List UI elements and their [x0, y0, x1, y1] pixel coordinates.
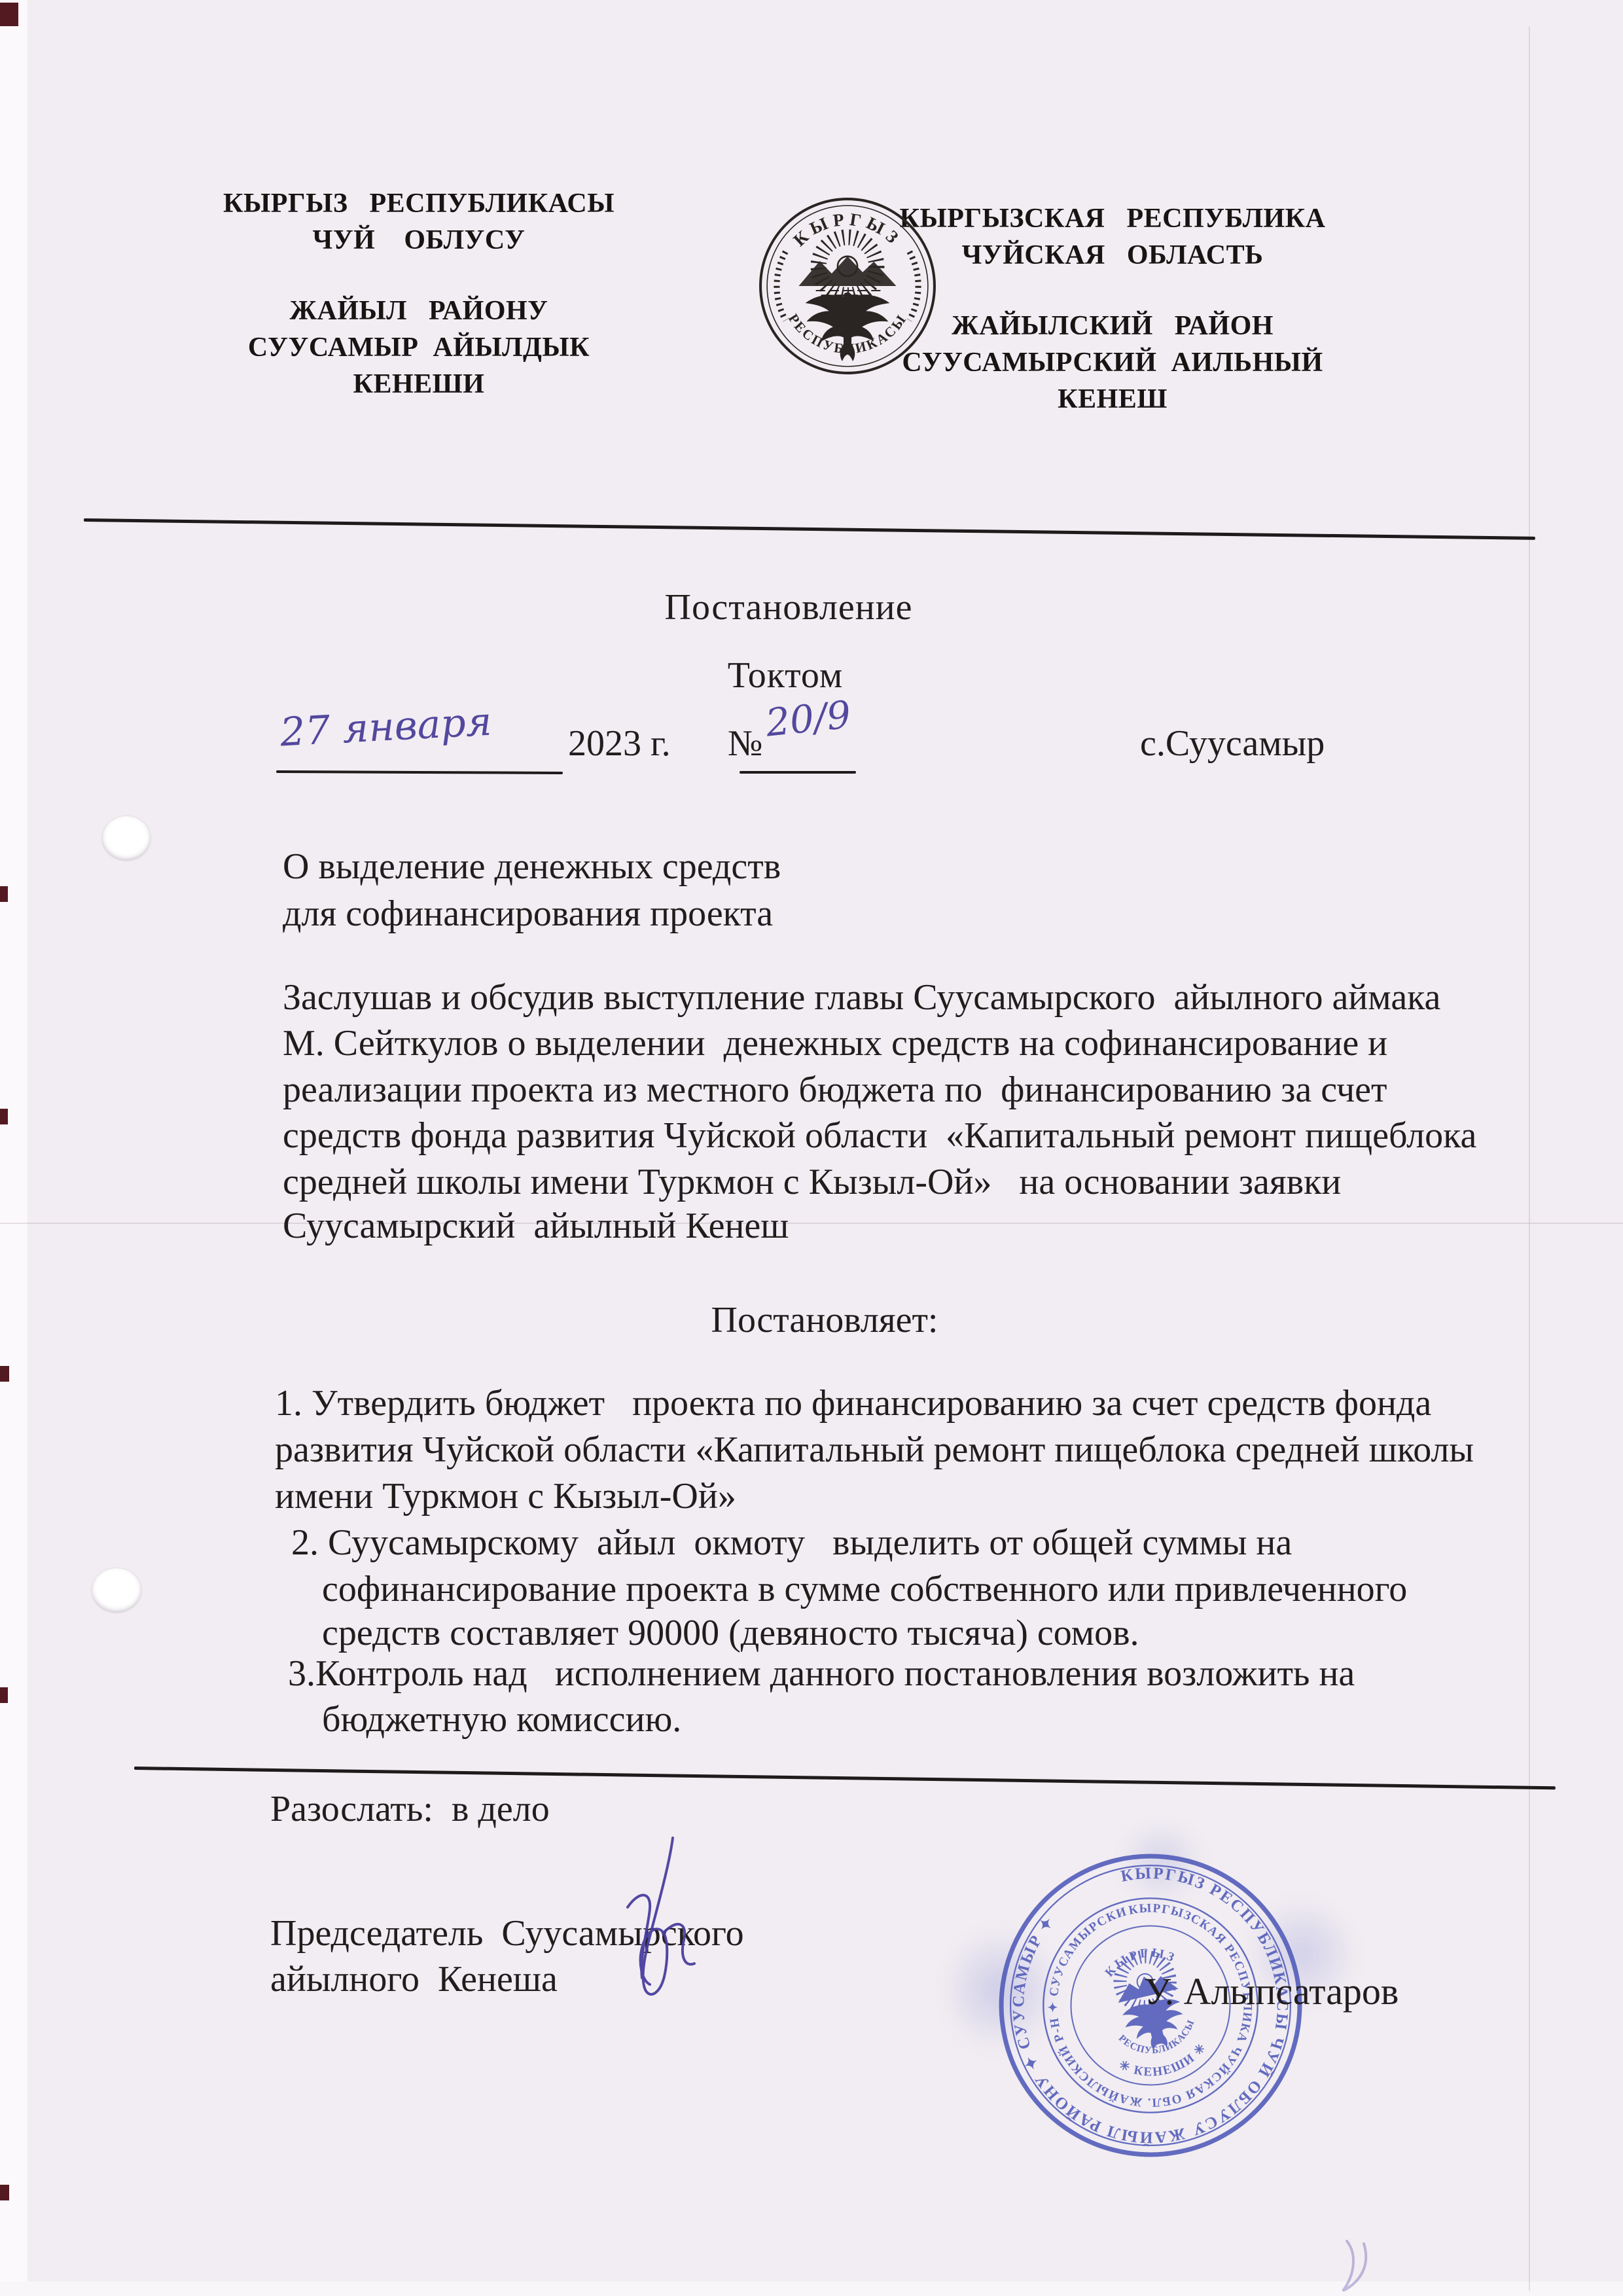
- item-line: бюджетную комиссию.: [322, 1698, 681, 1740]
- body-line: Заслушав и обсудив выступление главы Суу…: [283, 977, 1440, 1018]
- scan-edge-strip: [0, 0, 27, 2296]
- header-left-line: ЖАЙЫЛ РАЙОНУ: [196, 293, 641, 329]
- scan-edge-mark: [0, 3, 18, 26]
- header-right-line: ЖАЙЫЛСКИЙ РАЙОН: [887, 308, 1338, 344]
- svg-text:КЫРГЫЗ: КЫРГЫЗ: [789, 209, 905, 250]
- scanned-document-page: КЫРГЫЗ РЕСПУБЛИКАСЫ ЧУЙ ОБЛУСУ ЖАЙЫЛ РАЙ…: [0, 0, 1623, 2296]
- faint-pen-scribble: [1335, 2236, 1394, 2296]
- header-right-line: КЕНЕШ: [887, 381, 1338, 418]
- item-line: имени Туркмон с Кызыл-Ой»: [275, 1475, 736, 1517]
- paper-crease: [1529, 26, 1530, 2291]
- item-line: 3.Контроль над исполнением данного поста…: [288, 1653, 1355, 1695]
- distribution-note: Разослать: в дело: [270, 1788, 550, 1830]
- subject-line: О выделение денежных средств: [283, 846, 781, 888]
- typed-year: 2023 г.: [568, 723, 671, 764]
- punch-hole: [92, 1568, 141, 1613]
- handwritten-date: 27 января: [279, 699, 493, 756]
- header-left-line: СУУСАМЫР АЙЫЛДЫК: [196, 329, 641, 366]
- punch-hole: [102, 816, 151, 861]
- paper-crease: [0, 1223, 1623, 1224]
- body-line: реализации проекта из местного бюджета п…: [283, 1069, 1387, 1111]
- scan-edge-mark: [0, 886, 8, 902]
- footer-separator-line: [134, 1767, 1556, 1789]
- item-line: софинансирование проекта в сумме собстве…: [322, 1568, 1407, 1610]
- body-line: средств фонда развития Чуйской области «…: [283, 1115, 1476, 1157]
- document-title-kg: Токтом: [0, 655, 1571, 696]
- emblem-eagle: [806, 293, 890, 361]
- number-underline: [740, 771, 856, 774]
- header-left-line: КЕНЕШИ: [196, 366, 641, 403]
- number-sign: №: [728, 723, 762, 764]
- header-right-line: КЫРГЫЗСКАЯ РЕСПУБЛИКА: [887, 200, 1338, 237]
- resolves-heading: Постановляет:: [281, 1299, 1368, 1341]
- emblem-top-arc-text: КЫРГЫЗ: [789, 209, 905, 250]
- handwritten-signature: [607, 1827, 715, 2020]
- header-left-line: ЧУЙ ОБЛУСУ: [196, 222, 641, 259]
- item-line: развития Чуйской области «Капитальный ре…: [275, 1429, 1474, 1471]
- signatory-name: У. Алыпсатаров: [1144, 1970, 1399, 2014]
- item-line: 2. Суусамырскому айыл окмоту выделить от…: [291, 1522, 1292, 1564]
- scan-edge-mark: [0, 1109, 8, 1124]
- kyrgyz-national-emblem-icon: КЫРГЫЗ РЕСПУБЛИКАСЫ: [755, 194, 940, 378]
- header-right-russian: КЫРГЫЗСКАЯ РЕСПУБЛИКА ЧУЙСКАЯ ОБЛАСТЬ ЖА…: [887, 200, 1338, 418]
- scan-edge-mark: [0, 2185, 9, 2200]
- header-left-line: КЫРГЫЗ РЕСПУБЛИКАСЫ: [196, 185, 641, 222]
- body-line: М. Сейткулов о выделении денежных средст…: [283, 1022, 1387, 1064]
- body-line: средней школы имени Туркмон с Кызыл-Ой» …: [283, 1161, 1341, 1203]
- subject-line: для софинансирования проекта: [283, 893, 773, 935]
- body-line: Суусамырский айылный Кенеш: [283, 1205, 789, 1247]
- handwritten-number: 20/9: [764, 692, 853, 745]
- document-title-ru: Постановление: [0, 586, 1577, 628]
- item-line: средств составляет 90000 (девяносто тыся…: [322, 1612, 1139, 1654]
- scan-edge-mark: [0, 1687, 8, 1703]
- scan-edge-mark: [0, 1366, 9, 1382]
- header-separator-line: [84, 518, 1535, 540]
- header-right-line: ЧУЙСКАЯ ОБЛАСТЬ: [887, 237, 1338, 274]
- place-label: с.Суусамыр: [1140, 723, 1325, 764]
- header-left-kyrgyz: КЫРГЫЗ РЕСПУБЛИКАСЫ ЧУЙ ОБЛУСУ ЖАЙЫЛ РАЙ…: [196, 185, 641, 403]
- item-line: 1. Утвердить бюджет проекта по финансиро…: [275, 1382, 1431, 1424]
- header-right-line: СУУСАМЫРСКИЙ АИЛЬНЫЙ: [887, 344, 1338, 381]
- signatory-title-line: айылного Кенеша: [270, 1958, 558, 2000]
- date-underline: [276, 770, 563, 774]
